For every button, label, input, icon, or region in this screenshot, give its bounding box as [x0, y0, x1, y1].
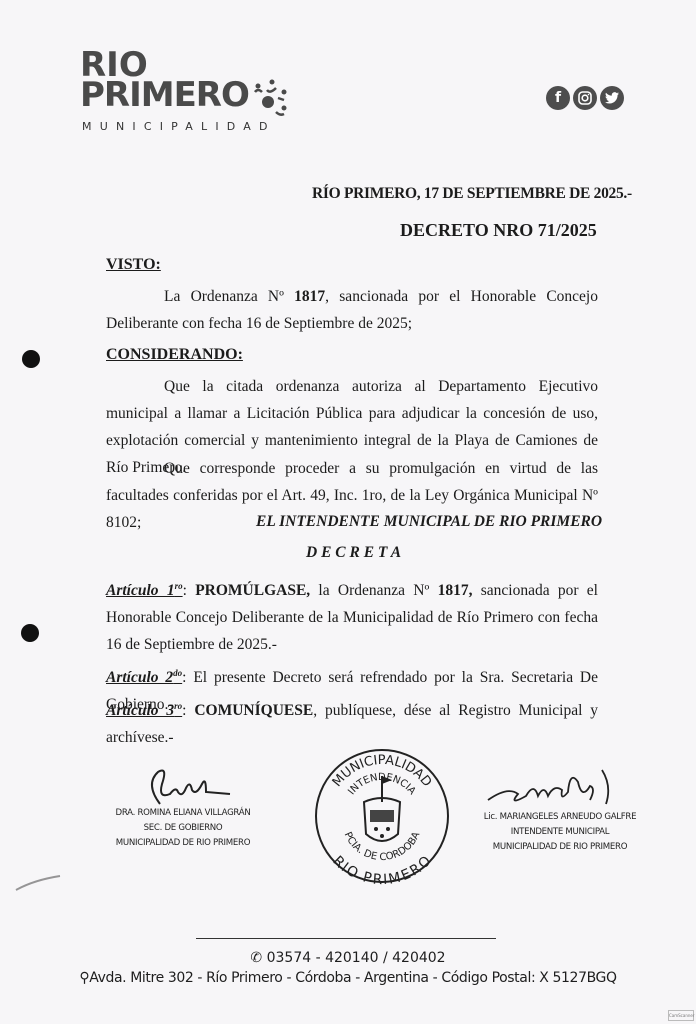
punch-hole-top	[22, 350, 40, 368]
instagram-icon[interactable]	[573, 86, 597, 110]
municipal-seal: MUNICIPALIDAD INTENDENCIA PCIA. DE CORDO…	[312, 746, 452, 886]
signer-right-name: Lic. MARIANGELES ARNEUDO GALFRE	[460, 810, 660, 825]
article-1-keyword: PROMÚLGASE,	[195, 582, 310, 599]
signature-right: Lic. MARIANGELES ARNEUDO GALFRE INTENDEN…	[460, 810, 660, 855]
signer-right-org: MUNICIPALIDAD DE RIO PRIMERO	[460, 840, 660, 855]
facebook-icon[interactable]: f	[546, 86, 570, 110]
article-3: Artículo 3ro: COMUNÍQUESE, publíquese, d…	[106, 693, 598, 751]
decreta-heading: D E C R E T A	[306, 544, 401, 562]
logo-line-2: PRIMERO	[80, 80, 249, 110]
signer-left-role: SEC. DE GOBIERNO	[98, 821, 268, 836]
footer-address: ⚲Avda. Mitre 302 - Río Primero - Córdoba…	[0, 970, 696, 986]
punch-hole-bottom	[21, 624, 39, 642]
authority-line: EL INTENDENTE MUNICIPAL DE RIO PRIMERO	[256, 513, 602, 531]
signer-right-role: INTENDENTE MUNICIPAL	[460, 825, 660, 840]
location-pin-icon: ⚲	[79, 970, 89, 986]
visto-paragraph: La Ordenanza Nº 1817, sancionada por el …	[106, 283, 598, 337]
camscanner-watermark: CamScanner	[668, 1010, 694, 1021]
visto-heading: VISTO:	[106, 256, 161, 274]
footer-divider	[196, 938, 496, 939]
signature-left: DRA. ROMINA ELIANA VILLAGRÁN SEC. DE GOB…	[98, 806, 268, 851]
stray-mark	[14, 874, 64, 894]
social-icons: f	[546, 86, 624, 110]
logo-subtitle: MUNICIPALIDAD	[82, 120, 276, 133]
document-date: RÍO PRIMERO, 17 DE SEPTIEMBRE DE 2025.-	[312, 185, 632, 203]
twitter-icon[interactable]	[600, 86, 624, 110]
decree-number: DECRETO NRO 71/2025	[400, 220, 597, 241]
visto-text-pre: La Ordenanza Nº	[164, 288, 294, 305]
municipality-logo: RIO PRIMERO MUNICIPALIDAD	[80, 50, 290, 140]
signer-left-name: DRA. ROMINA ELIANA VILLAGRÁN	[98, 806, 268, 821]
article-3-keyword: COMUNÍQUESE	[194, 702, 313, 719]
signer-left-org: MUNICIPALIDAD DE RIO PRIMERO	[98, 836, 268, 851]
signature-right-scribble	[478, 766, 618, 816]
footer-phone: ✆ 03574 - 420140 / 420402	[0, 950, 696, 966]
article-3-label: Artículo 3ro	[106, 702, 182, 719]
article-1: Artículo 1ro: PROMÚLGASE, la Ordenanza N…	[106, 573, 598, 658]
considerando-heading: CONSIDERANDO:	[106, 346, 243, 364]
visto-ordinance-number: 1817	[294, 288, 325, 305]
article-1-label: Artículo 1ro	[106, 582, 183, 599]
article-2-label: Artículo 2do	[106, 669, 182, 686]
phone-icon: ✆	[250, 950, 262, 966]
sun-people-icon	[250, 78, 290, 118]
